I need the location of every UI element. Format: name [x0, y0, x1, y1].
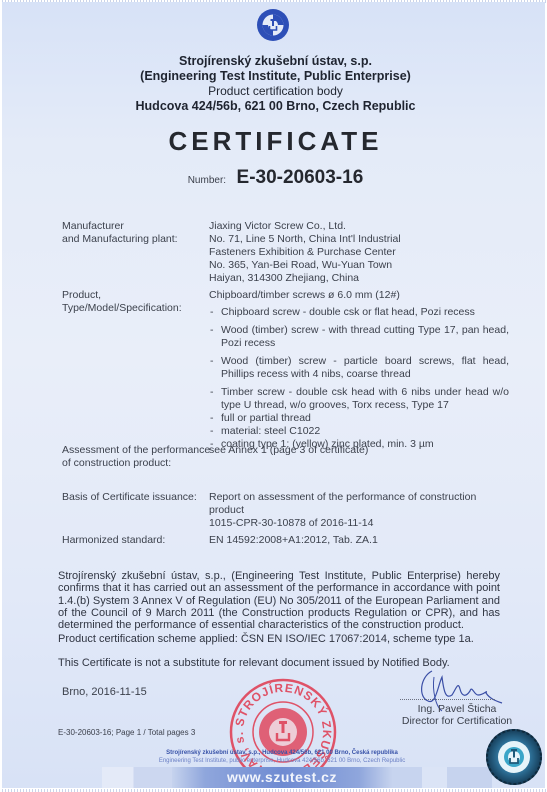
szu-logo-icon	[256, 8, 290, 42]
certificate-title: CERTIFICATE	[2, 126, 545, 157]
manufacturer-label: Manufacturer and Manufacturing plant:	[62, 220, 178, 246]
product-label: Product, Type/Model/Specification:	[62, 289, 182, 315]
certificate-number-row: Number: E-30-20603-16	[2, 167, 545, 189]
basis-value-line: 1015-CPR-30-10878 of 2016-11-14	[209, 517, 509, 530]
product-label-line: Type/Model/Specification:	[62, 302, 182, 315]
product-headline: Chipboard/timber screws ø 6.0 mm (12#)	[209, 289, 509, 302]
product-label-line: Product,	[62, 289, 182, 302]
footer-band-left	[102, 767, 172, 788]
basis-value: Report on assessment of the performance …	[209, 491, 509, 530]
signatory-name: Ing. Pavel Šticha	[382, 703, 532, 715]
basis-label: Basis of Certificate issuance:	[62, 491, 197, 504]
product-spec-item: material: steel C1022	[209, 425, 509, 438]
manufacturer-value: Jiaxing Victor Screw Co., Ltd. No. 71, L…	[209, 220, 509, 285]
certificate-number: E-30-20603-16	[237, 167, 364, 188]
assessment-label-line: Assessment of the performance	[62, 444, 210, 457]
basis-value-line: Report on assessment of the performance …	[209, 491, 509, 517]
page-reference: E-30-20603-16; Page 1 / Total pages 3	[58, 728, 195, 737]
product-type-item: Wood (timber) screw - particle board scr…	[209, 355, 509, 381]
org-role: Product certification body	[2, 84, 545, 98]
manufacturer-label-line: and Manufacturing plant:	[62, 233, 178, 246]
product-type-item: Wood (timber) screw - with thread cuttin…	[209, 324, 509, 350]
confirmation-statement: Strojírenský zkušební ústav, s.p., (Engi…	[58, 570, 500, 631]
standard-label: Harmonized standard:	[62, 534, 165, 547]
assessment-label: Assessment of the performance of constru…	[62, 444, 210, 470]
org-address: Hudcova 424/56b, 621 00 Brno, Czech Repu…	[2, 99, 545, 113]
product-type-item: Timber screw - double csk head with 6 ni…	[209, 386, 509, 412]
manufacturer-address-line: Fasteners Exhibition & Purchase Center	[209, 246, 509, 259]
certificate-page: Strojírenský zkušební ústav, s.p. (Engin…	[2, 2, 545, 788]
product-value: Chipboard/timber screws ø 6.0 mm (12#) C…	[209, 289, 509, 451]
manufacturer-address-line: No. 71, Line 5 North, China Int'l Indust…	[209, 233, 509, 246]
disclaimer: This Certificate is not a substitute for…	[58, 657, 450, 669]
signatory-title: Director for Certification	[382, 715, 532, 727]
manufacturer-label-line: Manufacturer	[62, 220, 178, 233]
footer-org-czech: Strojírenský zkušební ústav, s.p., Hudco…	[82, 749, 482, 757]
footer-org-english: Engineering Test Institute, public enter…	[82, 757, 482, 765]
product-types-list: Chipboard screw - double csk or flat hea…	[209, 306, 509, 412]
certificate-number-label: Number:	[188, 175, 226, 186]
standard-value: EN 14592:2008+A1:2012, Tab. ZA.1	[209, 534, 509, 547]
signature-line	[400, 699, 495, 700]
place-date: Brno, 2016-11-15	[62, 686, 147, 698]
manufacturer-address-line: Haiyan, 314300 Zhejiang, China	[209, 272, 509, 285]
manufacturer-address-line: No. 365, Yan-Bei Road, Wu-Yuan Town	[209, 259, 509, 272]
assessment-value: see Annex 1 (page 3 of certificate)	[209, 444, 509, 457]
certification-scheme: Product certification scheme applied: ČS…	[58, 633, 474, 645]
org-name-english: (Engineering Test Institute, Public Ente…	[2, 69, 545, 83]
footer-band-right	[392, 767, 492, 788]
product-type-item: Chipboard screw - double csk or flat hea…	[209, 306, 509, 319]
manufacturer-name: Jiaxing Victor Screw Co., Ltd.	[209, 220, 509, 233]
hologram-seal-icon	[485, 728, 543, 786]
product-spec-item: full or partial thread	[209, 412, 509, 425]
footer-website-link[interactable]: www.szutest.cz	[172, 769, 392, 785]
assessment-label-line: of construction product:	[62, 457, 210, 470]
org-name: Strojírenský zkušební ústav, s.p.	[2, 54, 545, 68]
